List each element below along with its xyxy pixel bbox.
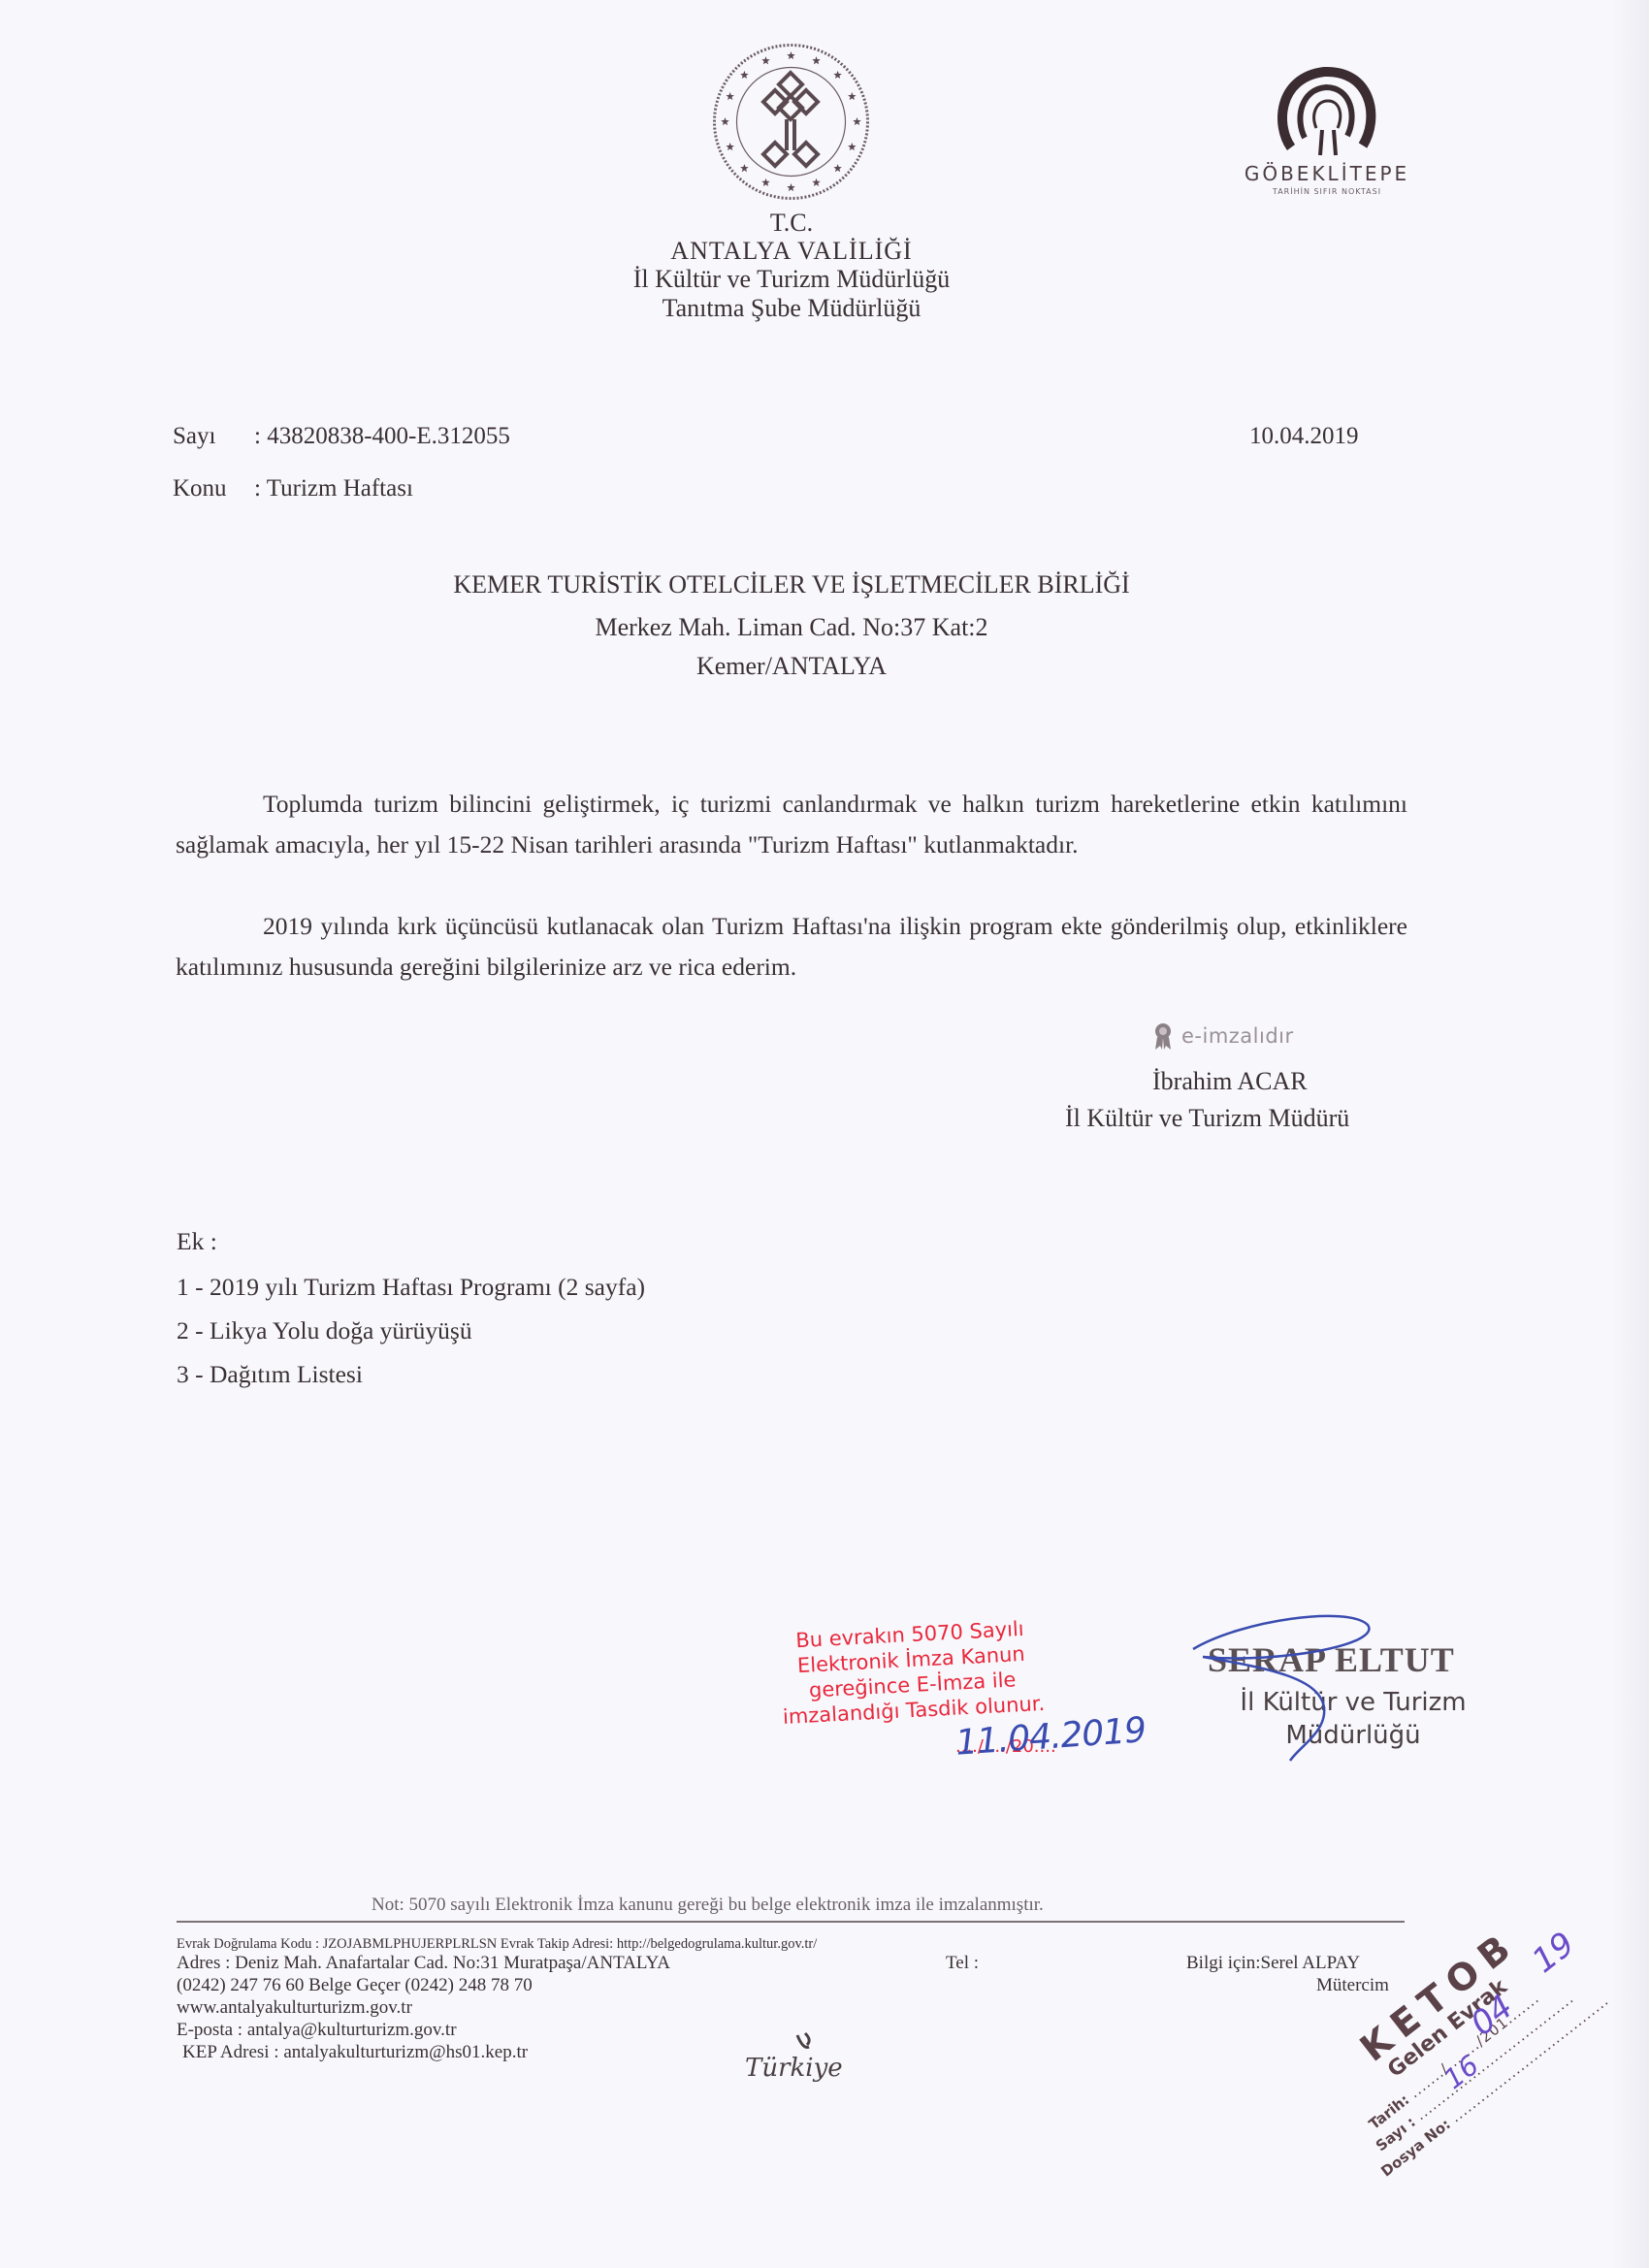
footer-phone: (0242) 247 76 60 Belge Geçer (0242) 248 … — [177, 1975, 533, 1996]
addressee-name: KEMER TURİSTİK OTELCİLER VE İŞLETMECİLER… — [0, 570, 1583, 599]
subject-label: Konu — [173, 475, 227, 502]
body-paragraph-1: Toplumda turizm bilincini geliştirmek, i… — [176, 784, 1407, 865]
addressee-city: Kemer/ANTALYA — [0, 652, 1583, 681]
header-tc: T.C. — [0, 210, 1583, 237]
footer-address: Adres : Deniz Mah. Anafartalar Cad. No:3… — [177, 1953, 670, 1974]
footer-kep-address: KEP Adresi : antalyakulturturizm@hs01.ke… — [182, 2042, 528, 2063]
verification-code: Evrak Doğrulama Kodu : JZOJABMLPHUJERPLR… — [177, 1933, 817, 1955]
signer-title: İl Kültür ve Turizm Müdürü — [1065, 1104, 1349, 1133]
attachment-item: 1 - 2019 yılı Turizm Haftası Programı (2… — [177, 1273, 645, 1302]
footer-info-contact: Bilgi için:Serel ALPAY — [1186, 1953, 1360, 1974]
footer-tel-label: Tel : — [946, 1953, 979, 1974]
footer-info-role: Mütercim — [1316, 1975, 1389, 1996]
footer-website[interactable]: www.antalyakulturturizm.gov.tr — [177, 1997, 412, 2019]
header-branch: Tanıtma Şube Müdürlüğü — [0, 295, 1583, 322]
svg-text:Türkiye: Türkiye — [745, 2054, 843, 2083]
gobeklitepe-title: GÖBEKLİTEPE — [1230, 162, 1424, 185]
certification-stamp: Bu evrakın 5070 Sayılı Elektronik İmza K… — [735, 1613, 1089, 1733]
e-signature-label: e-imzalıdır — [1181, 1024, 1294, 1048]
rosette-icon — [1152, 1021, 1174, 1051]
reference-label: Sayı — [173, 423, 215, 450]
attachment-item: 2 - Likya Yolu doğa yürüyüşü — [177, 1316, 472, 1345]
ministry-emblem-icon — [711, 42, 871, 202]
handwritten-signature-icon — [1183, 1610, 1416, 1766]
footer-email[interactable]: E-posta : antalya@kulturturizm.gov.tr — [177, 2020, 457, 2041]
reference-number: : 43820838-400-E.312055 — [254, 423, 510, 450]
document-date: 10.04.2019 — [1249, 423, 1359, 450]
addressee-address: Merkez Mah. Liman Cad. No:37 Kat:2 — [0, 613, 1583, 642]
e-signature-badge: e-imzalıdır — [1152, 1021, 1294, 1051]
gobeklitepe-subtitle: TARİHİN SIFIR NOKTASI — [1230, 187, 1424, 196]
footer-divider — [177, 1921, 1405, 1923]
header-directorate: İl Kültür ve Turizm Müdürlüğü — [0, 266, 1583, 293]
subject-value: : Turizm Haftası — [254, 475, 413, 502]
header-governorship: ANTALYA VALİLİĞİ — [0, 238, 1583, 265]
handwritten-year: 19 — [1525, 1925, 1582, 1981]
e-signature-note: Not: 5070 sayılı Elektronik İmza kanunu … — [372, 1895, 1044, 1916]
turkiye-logo-icon: Türkiye — [737, 2027, 854, 2095]
signer-name: İbrahim ACAR — [1152, 1067, 1308, 1096]
attachment-item: 3 - Dağıtım Listesi — [177, 1360, 363, 1389]
body-paragraph-2: 2019 yılında kırk üçüncüsü kutlanacak ol… — [176, 906, 1407, 988]
attachments-label: Ek : — [177, 1227, 217, 1256]
